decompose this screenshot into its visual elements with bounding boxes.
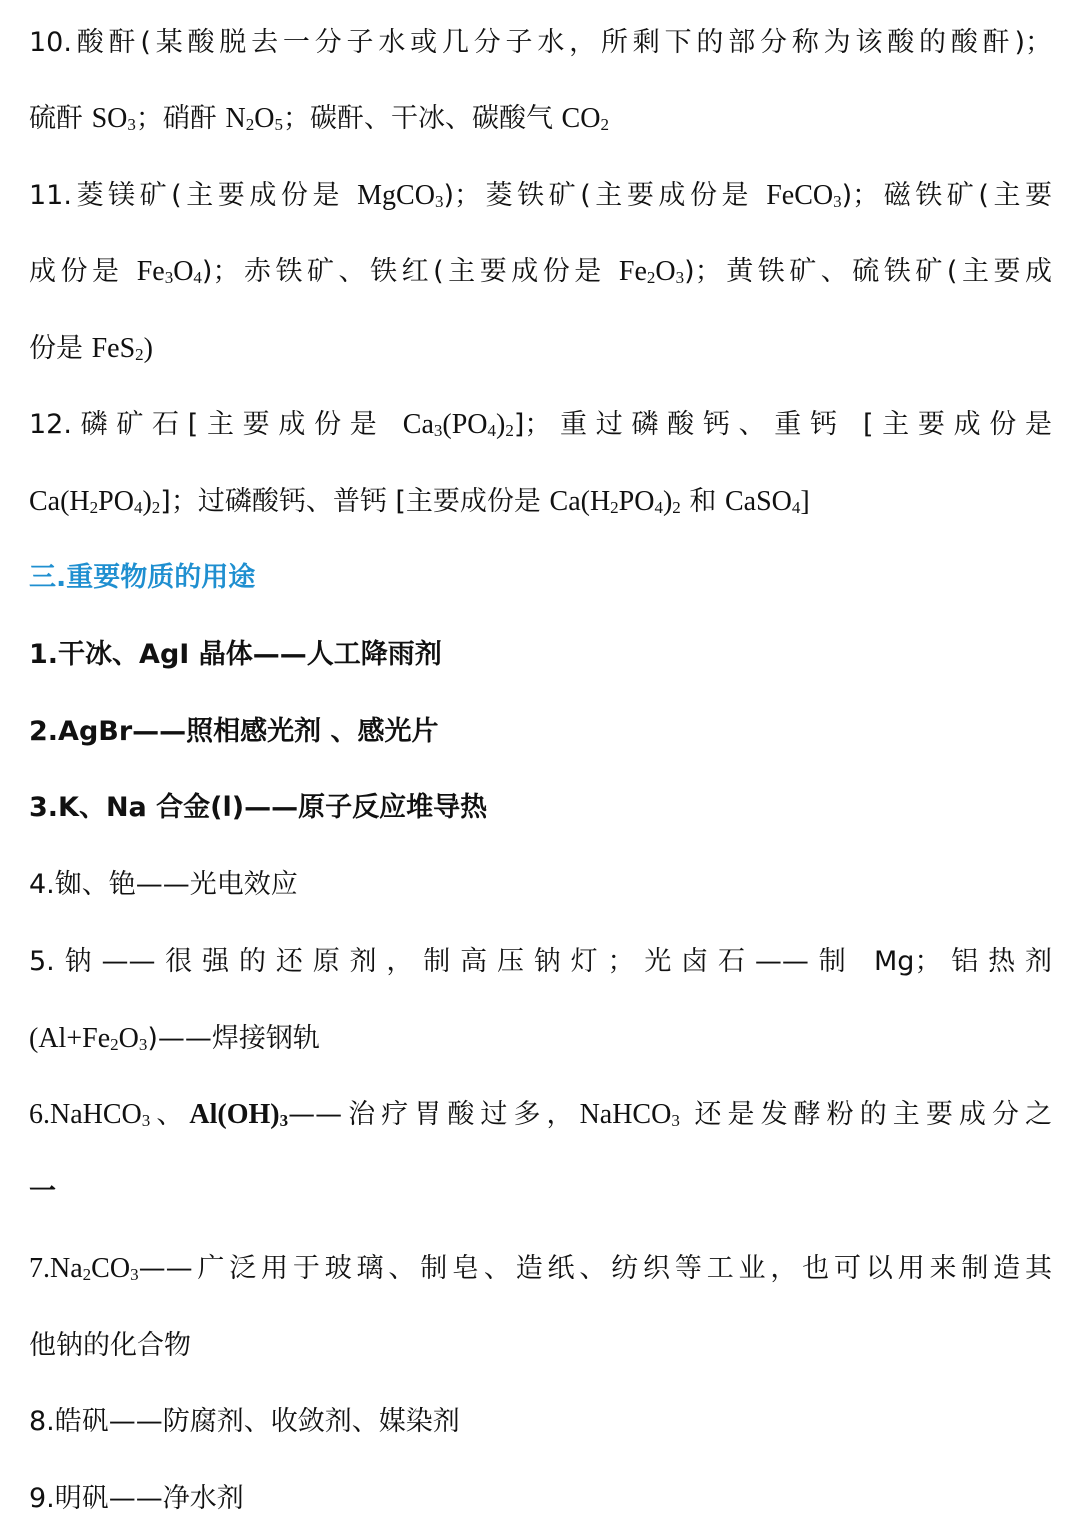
formula-feco3: FeCO3	[766, 180, 841, 211]
formula-fes2: FeS2)	[92, 333, 153, 364]
item-11-line-2: 成份是 Fe3O4)；赤铁矿、铁红(主要成份是 Fe2O3)；黄铁矿、硫铁矿(主…	[29, 254, 1052, 290]
formula-fe3o4: Fe3O4	[137, 256, 202, 287]
formula-aloh3: Al(OH)3	[189, 1099, 288, 1130]
formula-cah2po42: Ca(H2PO4)2	[550, 486, 681, 517]
section-heading: 三.重要物质的用途	[29, 560, 1052, 596]
use-item-6-line-1: 6.NaHCO3、Al(OH)3——治疗胃酸过多，NaHCO3 还是发酵粉的主要…	[29, 1097, 1052, 1133]
use-item-5-line-2: (Al+Fe2O3)——焊接钢轨	[29, 1021, 1052, 1057]
formula-nahco3: 6.NaHCO3	[29, 1099, 150, 1130]
item-11-line-3: 份是 FeS2)	[29, 331, 1052, 367]
formula-fe2o3: Fe2O3	[619, 256, 684, 287]
use-item-9: 9.明矾——净水剂	[29, 1481, 1052, 1517]
use-item-3: 3.K、Na 合金(l)——原子反应堆导热	[29, 790, 1052, 826]
formula-al-fe2o3: (Al+Fe2O3	[29, 1023, 147, 1054]
use-item-6-line-2: 一	[29, 1174, 1052, 1210]
use-item-4: 4.铷、铯——光电效应	[29, 867, 1052, 903]
use-item-2: 2.AgBr——照相感光剂 、感光片	[29, 714, 1052, 750]
use-item-1: 1.干冰、AgI 晶体——人工降雨剂	[29, 637, 1052, 673]
formula-ca3po42: Ca3(PO4)2	[403, 409, 514, 440]
text: ；碳酐、干冰、碳酸气	[283, 103, 562, 134]
item-10-line-2: 硫酐 SO3；硝酐 N2O5；碳酐、干冰、碳酸气 CO2	[29, 101, 1052, 137]
formula-nahco3: NaHCO3	[580, 1099, 680, 1130]
item-12-line-1: 12.磷矿石[主要成份是 Ca3(PO4)2]；重过磷酸钙、重钙 [主要成份是	[29, 407, 1052, 443]
formula-cah2po42: Ca(H2PO4)2	[29, 486, 160, 517]
formula-so3: SO3	[92, 103, 136, 134]
formula-mgco3: MgCO3	[357, 180, 443, 211]
use-item-8: 8.皓矾——防腐剂、收敛剂、媒染剂	[29, 1404, 1052, 1440]
formula-co2: CO2	[562, 103, 609, 134]
use-item-7-line-2: 他钠的化合物	[29, 1328, 1052, 1364]
formula-n2o5: N2O5	[225, 103, 282, 134]
text: ；硝酐	[136, 103, 226, 134]
formula-na2co3: 7.Na2CO3	[29, 1253, 139, 1284]
text: 硫酐	[29, 103, 92, 134]
use-item-5-line-1: 5.钠——很强的还原剂，制高压钠灯；光卤石——制 Mg；铝热剂	[29, 944, 1052, 980]
item-10-line-1: 10.酸酐(某酸脱去一分子水或几分子水，所剩下的部分称为该酸的酸酐)；	[29, 25, 1052, 61]
item-12-line-2: Ca(H2PO4)2]；过磷酸钙、普钙 [主要成份是 Ca(H2PO4)2 和 …	[29, 484, 1052, 520]
formula-caso4: CaSO4]	[725, 486, 810, 517]
item-11-line-1: 11.菱镁矿(主要成份是 MgCO3)；菱铁矿(主要成份是 FeCO3)；磁铁矿…	[29, 178, 1052, 214]
use-item-7-line-1: 7.Na2CO3——广泛用于玻璃、制皂、造纸、纺织等工业，也可以用来制造其	[29, 1251, 1052, 1287]
